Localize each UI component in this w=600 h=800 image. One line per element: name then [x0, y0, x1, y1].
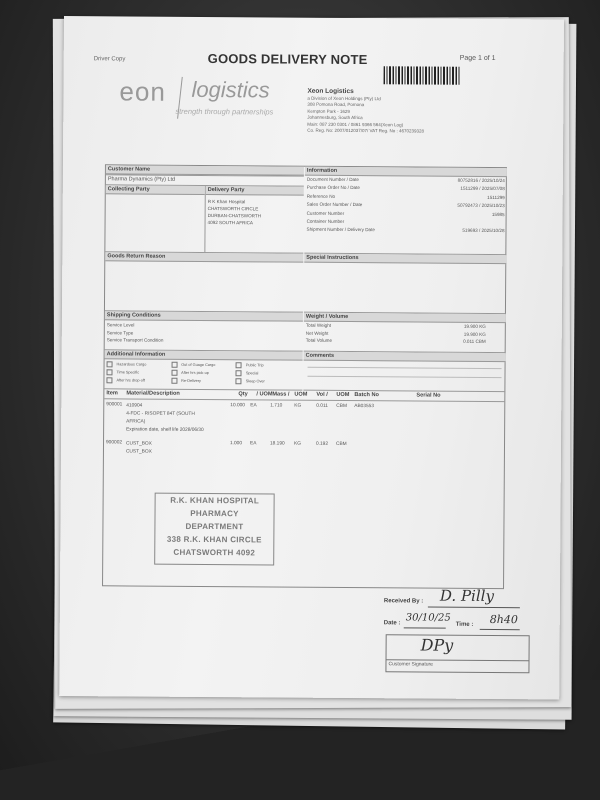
time-label: Time :: [456, 622, 474, 628]
additional-option: Special: [236, 370, 301, 376]
item-mass: 18.190: [270, 441, 285, 446]
information-row: Shipment Number / Delivery Date519693 / …: [304, 226, 506, 236]
weight-volume-rows: Total Weight19.900 KGNet Weight19.900 KG…: [304, 322, 506, 346]
items-column-header: Item: [106, 390, 118, 396]
document-title: GOODS DELIVERY NOTE: [208, 51, 368, 67]
item-qty: 1.000: [230, 441, 242, 446]
checkbox[interactable]: [171, 378, 177, 384]
weight-volume-value: 19.900 KG: [464, 330, 486, 338]
information-label: Reference No: [307, 192, 335, 201]
checkbox[interactable]: [171, 362, 177, 368]
information-label: Purchase Order No / Date: [307, 184, 360, 193]
information-value: 1511299 / 2025/07/08: [460, 185, 504, 194]
received-by-label: Received By :: [384, 598, 423, 604]
item-qty: 10.000: [230, 403, 245, 408]
items-header-row: ItemMaterial/DescriptionQty/ UOMMass /UO…: [104, 389, 504, 402]
items-column-header: Vol /: [316, 392, 327, 398]
item-number: 900002: [106, 440, 122, 445]
stamp-line: PHARMACY: [155, 507, 273, 521]
checkbox[interactable]: [171, 370, 177, 376]
information-label: Document Number / Date: [307, 176, 359, 185]
item-mass-uom: KG: [294, 404, 301, 409]
goods-return-reason-header: Goods Return Reason: [105, 252, 303, 262]
receipt-section: Received By : D. Pilly Date : 30/10/25 T…: [384, 592, 534, 635]
item-row: 9000014109044-FDC - RISOPET 84T (SOUTHAF…: [104, 402, 504, 405]
company-name: Xeon Logistics: [307, 88, 353, 95]
delivery-party: R K Khan Hospital CHATSWORTH CIRCLE DURB…: [206, 195, 304, 230]
additional-option: Out of Guage Cargo: [171, 362, 236, 368]
items-column-header: Serial No: [416, 392, 440, 398]
information-section: Information Document Number / Date807528…: [304, 167, 507, 168]
collecting-party-header: Collecting Party: [106, 185, 205, 195]
weight-volume-value: 19.900 KG: [464, 323, 486, 331]
checkbox[interactable]: [106, 377, 112, 383]
customer-signature-label: Customer Signature: [388, 661, 433, 667]
goods-delivery-note-page: Driver Copy GOODS DELIVERY NOTE Page 1 o…: [59, 16, 564, 699]
items-column-header: Mass /: [272, 391, 289, 397]
additional-option-label: Re-Delivery: [181, 379, 201, 383]
customer-name-header: Customer Name: [106, 165, 304, 175]
customer-signature: DPy: [421, 636, 454, 655]
item-number: 900001: [106, 402, 122, 407]
company-address: a Division of Xeon Holdings (Pty) Ltd 30…: [307, 96, 424, 135]
items-column-header: UOM: [336, 392, 349, 398]
logo-logistics: logistics: [191, 77, 269, 104]
weight-volume-label: Total Volume: [306, 337, 332, 345]
pharmacy-stamp: R.K. KHAN HOSPITAL PHARMACY DEPARTMENT 3…: [154, 493, 274, 566]
additional-option-label: Sleep Over: [246, 379, 265, 383]
customer-section: Customer Name Pharma Dynamics (Pty) Ltd …: [106, 165, 304, 166]
item-mass-uom: KG: [294, 442, 301, 447]
additional-option-label: After hrs pick-up: [181, 371, 209, 375]
additional-option: Re-Delivery: [171, 378, 236, 384]
checkbox[interactable]: [106, 369, 112, 375]
information-rows: Document Number / Date80752816 / 2025/10…: [304, 176, 506, 236]
item-vol-uom: CBM: [336, 404, 347, 409]
stamp-line: R.K. KHAN HOSPITAL: [156, 494, 274, 508]
item-row: 900002CUST_BOXCUST_BOX1.000EA18.190KG0.1…: [104, 440, 504, 443]
item-mass: 1.710: [270, 403, 282, 408]
special-instructions-header: Special Instructions: [304, 254, 506, 264]
item-description-line: CUST_BOX: [126, 448, 152, 456]
customer-signature-box: DPy Customer Signature: [385, 634, 529, 673]
additional-option: After hrs drop-off: [106, 377, 171, 383]
items-column-header: Material/Description: [126, 390, 180, 396]
information-value: 50792473 / 2025/10/23: [457, 202, 504, 211]
additional-option: Hazardous Cargo: [107, 361, 172, 367]
item-vol-uom: CBM: [336, 442, 347, 447]
additional-option: Public Trip: [236, 362, 301, 368]
logo-tagline: strength through partnerships: [175, 107, 273, 117]
information-label: Shipment Number / Delivery Date: [306, 226, 374, 235]
stamp-line: CHATSWORTH 4092: [155, 546, 273, 560]
item-batch: AB03553: [354, 404, 374, 409]
additional-option-label: Public Trip: [246, 363, 264, 367]
stamp-line: DEPARTMENT: [155, 520, 273, 534]
item-description-line: CUST_BOX: [126, 440, 152, 448]
delivery-party-line: 4092 SOUTH AFRICA: [208, 219, 302, 227]
item-description-line: Expiration date, shelf life 2028/06/30: [126, 426, 204, 435]
item-vol: 0.011: [316, 404, 328, 409]
additional-option: Time Specific: [106, 369, 171, 375]
item-vol: 0.192: [316, 442, 328, 447]
time-value: 8h40: [490, 613, 518, 626]
item-qty-uom: EA: [250, 403, 256, 408]
information-value: 15985: [492, 211, 505, 219]
logo-eon: eon: [119, 76, 166, 107]
additional-option: Sleep Over: [236, 378, 301, 384]
checkbox[interactable]: [236, 378, 242, 384]
information-value: 80752816 / 2025/10/24: [458, 177, 505, 186]
barcode-icon: [384, 66, 460, 85]
customer-name: Pharma Dynamics (Pty) Ltd: [106, 175, 304, 184]
items-column-header: / UOM: [256, 391, 272, 397]
shipping-condition-row: Service Transport Condition: [107, 336, 301, 345]
page-indicator: Page 1 of 1: [460, 55, 496, 62]
item-description: CUST_BOXCUST_BOX: [126, 440, 152, 456]
items-column-header: UOM: [294, 392, 307, 398]
company-line: Co. Reg. No: 2007/012037/07/ VAT Reg. No…: [307, 128, 424, 135]
item-qty-uom: EA: [250, 441, 256, 446]
weight-volume-value: 0.011 CBM: [463, 338, 486, 346]
stamp-line: 338 R.K. KHAN CIRCLE: [155, 533, 273, 547]
item-description: 4109044-FDC - RISOPET 84T (SOUTHAFRICA)E…: [126, 402, 204, 435]
received-by-value: D. Pilly: [440, 587, 494, 605]
date-value: 30/10/25: [406, 612, 451, 623]
information-value: 519693 / 2025/10/28: [462, 227, 504, 236]
weight-volume-label: Net Weight: [306, 329, 329, 337]
items-column-header: Qty: [238, 391, 247, 397]
additional-option-label: Special: [246, 371, 258, 375]
additional-option-label: Time Specific: [116, 370, 139, 374]
additional-option-label: After hrs drop-off: [116, 378, 144, 382]
additional-information-options: Hazardous CargoOut of Guage CargoPublic …: [104, 359, 302, 386]
checkbox[interactable]: [107, 361, 113, 367]
checkbox[interactable]: [236, 362, 242, 368]
information-label: Customer Number: [307, 209, 345, 218]
additional-option-label: Hazardous Cargo: [117, 362, 147, 366]
weight-volume-label: Total Weight: [306, 322, 331, 330]
additional-option: After hrs pick-up: [171, 370, 236, 376]
information-label: Container Number: [307, 218, 345, 227]
weight-volume-row: Total Volume0.011 CBM: [304, 337, 506, 346]
additional-option-label: Out of Guage Cargo: [181, 363, 215, 367]
copy-label: Driver Copy: [94, 56, 126, 62]
comments-header: Comments: [304, 352, 506, 362]
date-label: Date :: [384, 620, 401, 626]
items-column-header: Batch No: [354, 392, 379, 398]
information-value: 1511299: [487, 194, 505, 203]
checkbox[interactable]: [236, 370, 242, 376]
